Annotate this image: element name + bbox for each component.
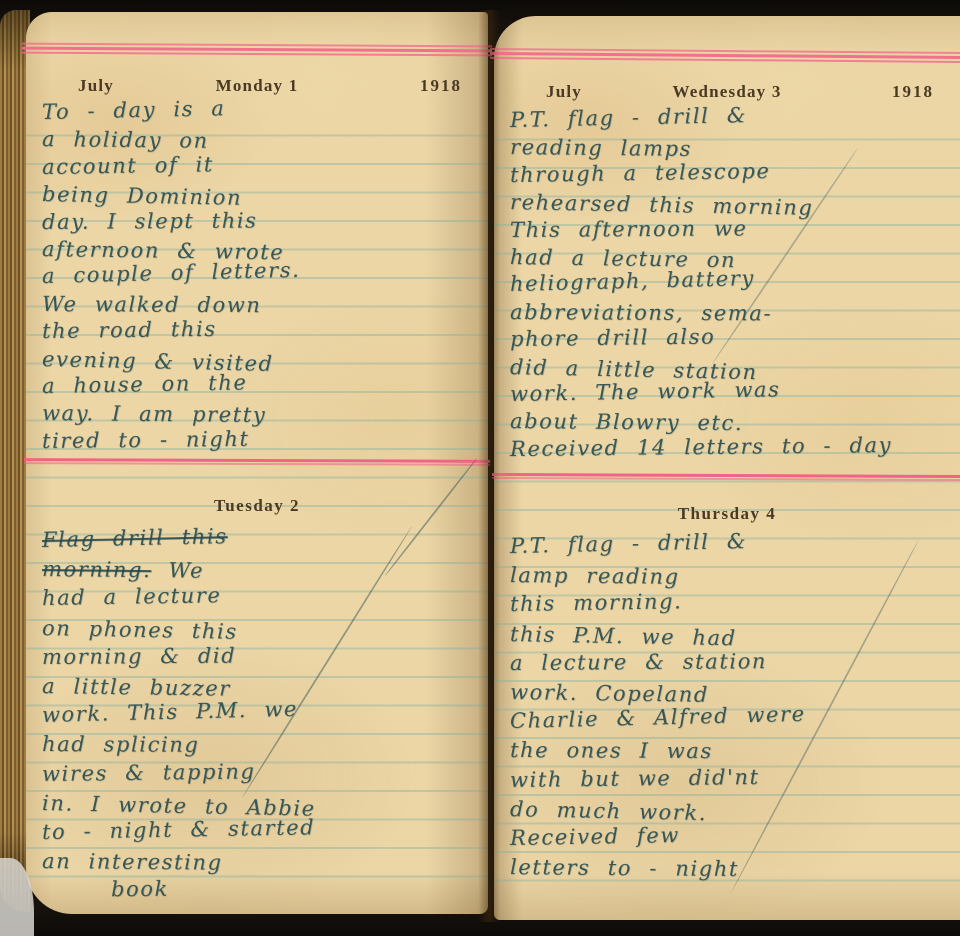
diary-scan: July Monday 1 1918 To - day is aa holida… [0, 0, 960, 936]
tuesday-header: Tuesday 2 [26, 496, 488, 516]
handwriting-line: wires & tapping [42, 756, 484, 791]
pink-header-rule [22, 43, 492, 58]
left-page: July Monday 1 1918 To - day is aa holida… [26, 12, 488, 914]
handwriting-line: Received 14 letters to - day [510, 432, 956, 464]
handwriting-line: this morning. [510, 585, 956, 621]
right-page: July Wednesday 3 1918 P.T. flag - drill … [494, 16, 960, 920]
entry-tuesday-2: Flag drill thismorning. Wehad a lectureo… [42, 528, 484, 910]
handwriting-line: book [42, 874, 484, 908]
handwriting-line: account of it [42, 148, 484, 182]
handwriting-line: the road this [42, 314, 484, 347]
handwriting-line: with but we did'nt [510, 762, 956, 797]
thursday-header: Thursday 4 [494, 504, 960, 524]
pink-header-rule [490, 48, 960, 64]
handwriting-line: tired to - night [42, 424, 484, 456]
entry-thursday-4: P.T. flag - drill &lamp readingthis morn… [510, 534, 956, 890]
pink-divider [492, 473, 960, 481]
day-label: Wednesday 3 [494, 82, 960, 102]
handwriting-line: had a lecture [42, 579, 484, 615]
handwriting-line: day. I slept this [42, 206, 484, 236]
pink-divider [24, 458, 490, 466]
handwriting-line: letters to - night [510, 855, 956, 888]
handwriting-line: a lecture & station [510, 648, 956, 680]
handwriting-line: morning & did [42, 642, 484, 674]
entry-wednesday-3: P.T. flag - drill &reading lampsthrough … [510, 108, 956, 470]
entry-monday-1: To - day is aa holiday onaccount of itbe… [42, 100, 484, 456]
handwriting-line: phore drill also [510, 322, 956, 355]
handwriting-line: P.T. flag - drill & [510, 525, 957, 564]
handwriting-line: Flag drill this [42, 519, 485, 557]
handwriting-line: This afternoon we [510, 214, 956, 245]
handwriting-line: P.T. flag - drill & [510, 99, 956, 136]
